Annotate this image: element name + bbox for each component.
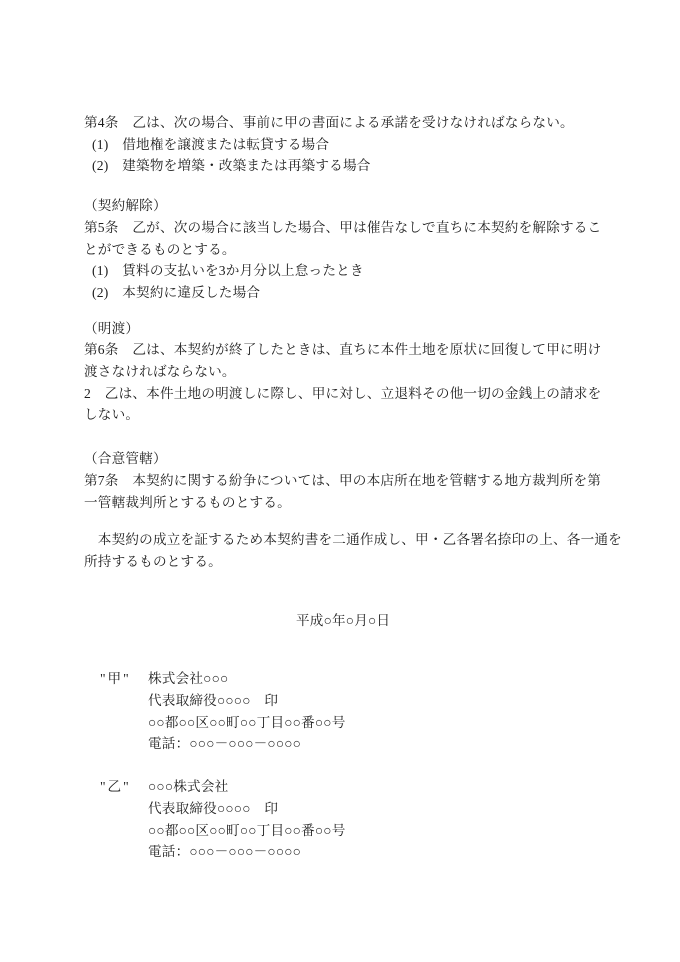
closing-clause-line-2: 所持するものとする。	[84, 551, 600, 573]
party-block-otsu: "乙"○○○株式会社 代表取締役○○○○ 印 ○○都○○区○○町○○丁目○○番○…	[84, 776, 600, 863]
article-6-text-line-2: 渡さなければならない。	[84, 361, 600, 383]
article-5-item-1: (1) 賃料の支払いを3か月分以上怠ったとき	[84, 260, 600, 282]
party-block-kou: "甲"株式会社○○○ 代表取締役○○○○ 印 ○○都○○区○○町○○丁目○○番○…	[84, 668, 600, 755]
party-otsu-address: ○○都○○区○○町○○丁目○○番○○号	[84, 820, 600, 842]
article-4-item-1: (1) 借地権を譲渡または転貸する場合	[84, 134, 600, 156]
article-4-text: 第4条 乙は、次の場合、事前に甲の書面による承諾を受けなければならない。	[84, 112, 600, 134]
article-6-text-line-1: 第6条 乙は、本契約が終了したときは、直ちに本件土地を原状に回復して甲に明け	[84, 339, 600, 361]
article-7-heading: （合意管轄）	[84, 448, 600, 470]
party-kou-address: ○○都○○区○○町○○丁目○○番○○号	[84, 712, 600, 734]
closing-clause-line-1: 本契約の成立を証するため本契約書を二通作成し、甲・乙各署名捺印の上、各一通を	[84, 529, 600, 551]
party-kou-phone: 電話：○○○－○○○－○○○○	[84, 733, 600, 755]
contract-document-page: 第4条 乙は、次の場合、事前に甲の書面による承諾を受けなければならない。 (1)…	[0, 0, 680, 962]
party-kou-label: "甲"	[100, 668, 148, 690]
article-7-text-line-2: 一管轄裁判所とするものとする。	[84, 492, 600, 514]
party-otsu-phone: 電話：○○○－○○○－○○○○	[84, 841, 600, 863]
party-otsu-company: ○○○株式会社	[148, 779, 228, 794]
article-6-clause-2-line-2: しない。	[84, 404, 600, 426]
article-4-item-2: (2) 建築物を増築・改築または再築する場合	[84, 155, 600, 177]
article-5-heading: （契約解除）	[84, 195, 600, 217]
article-6-heading: （明渡）	[84, 318, 600, 340]
party-otsu-label: "乙"	[100, 776, 148, 798]
article-5-text-line-2: とができるものとする。	[84, 239, 600, 261]
party-kou-representative: 代表取締役○○○○ 印	[84, 690, 600, 712]
contract-date: 平成○年○月○日	[84, 610, 600, 632]
article-5-item-2: (2) 本契約に違反した場合	[84, 282, 600, 304]
article-6-clause-2-line-1: 2 乙は、本件土地の明渡しに際し、甲に対し、立退料その他一切の金銭上の請求を	[84, 383, 600, 405]
party-otsu-representative: 代表取締役○○○○ 印	[84, 798, 600, 820]
article-5-text-line-1: 第5条 乙が、次の場合に該当した場合、甲は催告なしで直ちに本契約を解除するこ	[84, 217, 600, 239]
party-kou-company-row: "甲"株式会社○○○	[84, 668, 600, 690]
article-7-text-line-1: 第7条 本契約に関する紛争については、甲の本店所在地を管轄する地方裁判所を第	[84, 470, 600, 492]
party-kou-company: 株式会社○○○	[148, 671, 228, 686]
party-otsu-company-row: "乙"○○○株式会社	[84, 776, 600, 798]
